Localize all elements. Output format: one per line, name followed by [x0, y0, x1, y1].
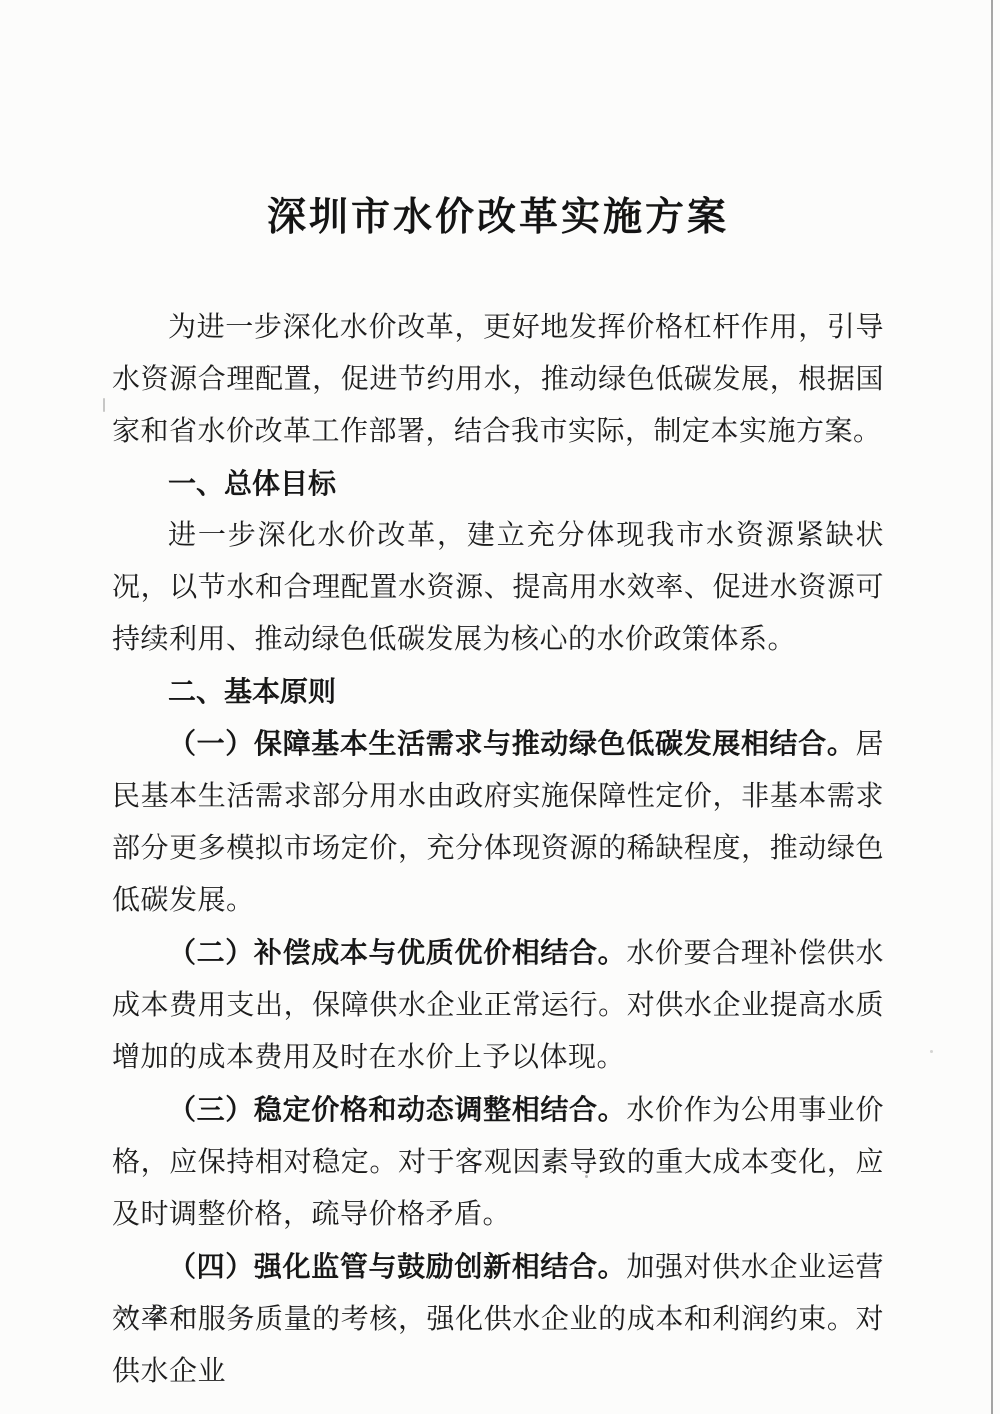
principle-paragraph-4: （四）强化监管与鼓励创新相结合。加强对供水企业运营效率和服务质量的考核，强化供水…	[112, 1241, 884, 1398]
principle-1-lead: （一）保障基本生活需求与推动绿色低碳发展相结合。	[168, 728, 855, 759]
intro-paragraph: 为进一步深化水价改革，更好地发挥价格杠杆作用，引导水资源合理配置，促进节约用水，…	[112, 302, 884, 458]
page-number: － 2 －	[116, 1298, 201, 1330]
scan-speck	[930, 1050, 933, 1053]
principle-3-lead: （三）稳定价格和动态调整相结合。	[168, 1094, 626, 1125]
document-title: 深圳市水价改革实施方案	[112, 190, 884, 246]
document-content: 深圳市水价改革实施方案 为进一步深化水价改革，更好地发挥价格杠杆作用，引导水资源…	[112, 190, 884, 1398]
scan-speck	[103, 398, 105, 412]
principle-paragraph-3: （三）稳定价格和动态调整相结合。水价作为公用事业价格，应保持相对稳定。对于客观因…	[112, 1084, 884, 1241]
principle-paragraph-2: （二）补偿成本与优质优价相结合。水价要合理补偿供水成本费用支出，保障供水企业正常…	[112, 927, 884, 1084]
section-heading-basic-principles: 二、基本原则	[112, 666, 884, 718]
section-heading-overall-goal: 一、总体目标	[112, 458, 884, 510]
principle-paragraph-1: （一）保障基本生活需求与推动绿色低碳发展相结合。居民基本生活需求部分用水由政府实…	[112, 718, 884, 927]
principle-2-lead: （二）补偿成本与优质优价相结合。	[168, 937, 626, 968]
document-page: 深圳市水价改革实施方案 为进一步深化水价改革，更好地发挥价格杠杆作用，引导水资源…	[0, 0, 1000, 1414]
scan-edge-artifact	[991, 0, 993, 1414]
overall-goal-paragraph: 进一步深化水价改革，建立充分体现我市水资源紧缺状况，以节水和合理配置水资源、提高…	[112, 510, 884, 666]
principle-4-lead: （四）强化监管与鼓励创新相结合。	[168, 1251, 626, 1282]
